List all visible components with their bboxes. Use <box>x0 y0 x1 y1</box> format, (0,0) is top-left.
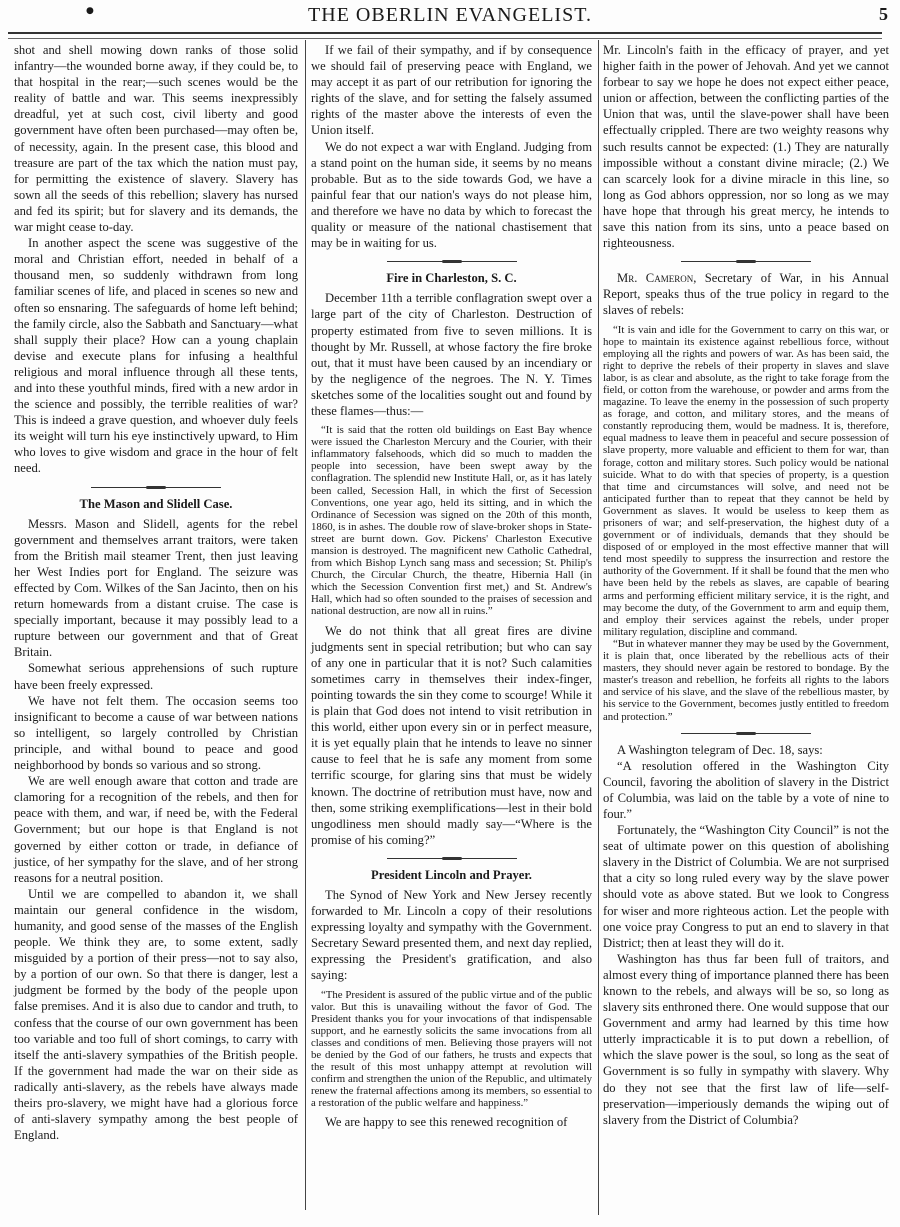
quote-paragraph: “But in whatever manner they may be used… <box>603 638 889 723</box>
column-3: Mr. Lincoln's faith in the efficacy of p… <box>603 42 889 1128</box>
quote-paragraph: “It is vain and idle for the Government … <box>603 324 889 638</box>
paragraph: Washington has thus far been full of tra… <box>603 951 889 1128</box>
paragraph: We have not felt them. The occasion seem… <box>14 693 298 773</box>
paragraph: Until we are compelled to abandon it, we… <box>14 886 298 1144</box>
article-heading-lincoln-prayer: President Lincoln and Prayer. <box>311 867 592 883</box>
paragraph: Mr. Lincoln's faith in the efficacy of p… <box>603 42 889 251</box>
section-divider <box>681 733 811 734</box>
column-1: shot and shell mowing down ranks of thos… <box>14 42 298 1143</box>
masthead-rule <box>8 32 882 39</box>
section-divider <box>387 261 517 262</box>
section-divider <box>681 261 811 262</box>
section-divider <box>387 858 517 859</box>
article-heading-mason-slidell: The Mason and Slidell Case. <box>14 496 298 512</box>
paragraph: Mr. Cameron, Secretary of War, in his An… <box>603 270 889 318</box>
column-divider-2 <box>598 40 599 1215</box>
column-divider-1 <box>305 40 306 1210</box>
paragraph: Fortunately, the “Washington City Counci… <box>603 822 889 951</box>
block-quote: “It is said that the rotten old building… <box>311 424 592 618</box>
quote-paragraph: “A resolution offered in the Washington … <box>603 758 889 822</box>
article-heading-fire-charleston: Fire in Charleston, S. C. <box>311 270 592 286</box>
paragraph: The Synod of New York and New Jersey rec… <box>311 887 592 984</box>
paragraph: A Washington telegram of Dec. 18, says: <box>603 742 889 758</box>
newspaper-title: THE OBERLIN EVANGELIST. <box>0 4 900 27</box>
block-quote: “The President is assured of the public … <box>311 989 592 1110</box>
paragraph: We are happy to see this renewed recogni… <box>311 1114 592 1130</box>
masthead: ● THE OBERLIN EVANGELIST. 5 <box>0 0 900 38</box>
page-number: 5 <box>879 4 888 25</box>
paragraph: If we fail of their sympathy, and if by … <box>311 42 592 139</box>
paragraph: We do not expect a war with England. Jud… <box>311 139 592 252</box>
paragraph: Messrs. Mason and Slidell, agents for th… <box>14 516 298 661</box>
paragraph: In another aspect the scene was suggesti… <box>14 235 298 476</box>
block-quote: “It is vain and idle for the Government … <box>603 324 889 723</box>
person-name: Mr. Cameron <box>617 271 693 285</box>
column-2: If we fail of their sympathy, and if by … <box>311 42 592 1131</box>
paragraph: We are well enough aware that cotton and… <box>14 773 298 886</box>
section-divider <box>91 487 221 488</box>
paragraph: December 11th a terrible conflagration s… <box>311 290 592 419</box>
quote-paragraph: “It is said that the rotten old building… <box>311 424 592 618</box>
quote-paragraph: “The President is assured of the public … <box>311 989 592 1110</box>
paragraph: Somewhat serious apprehensions of such r… <box>14 660 298 692</box>
paragraph: shot and shell mowing down ranks of thos… <box>14 42 298 235</box>
paragraph: We do not think that all great fires are… <box>311 623 592 848</box>
